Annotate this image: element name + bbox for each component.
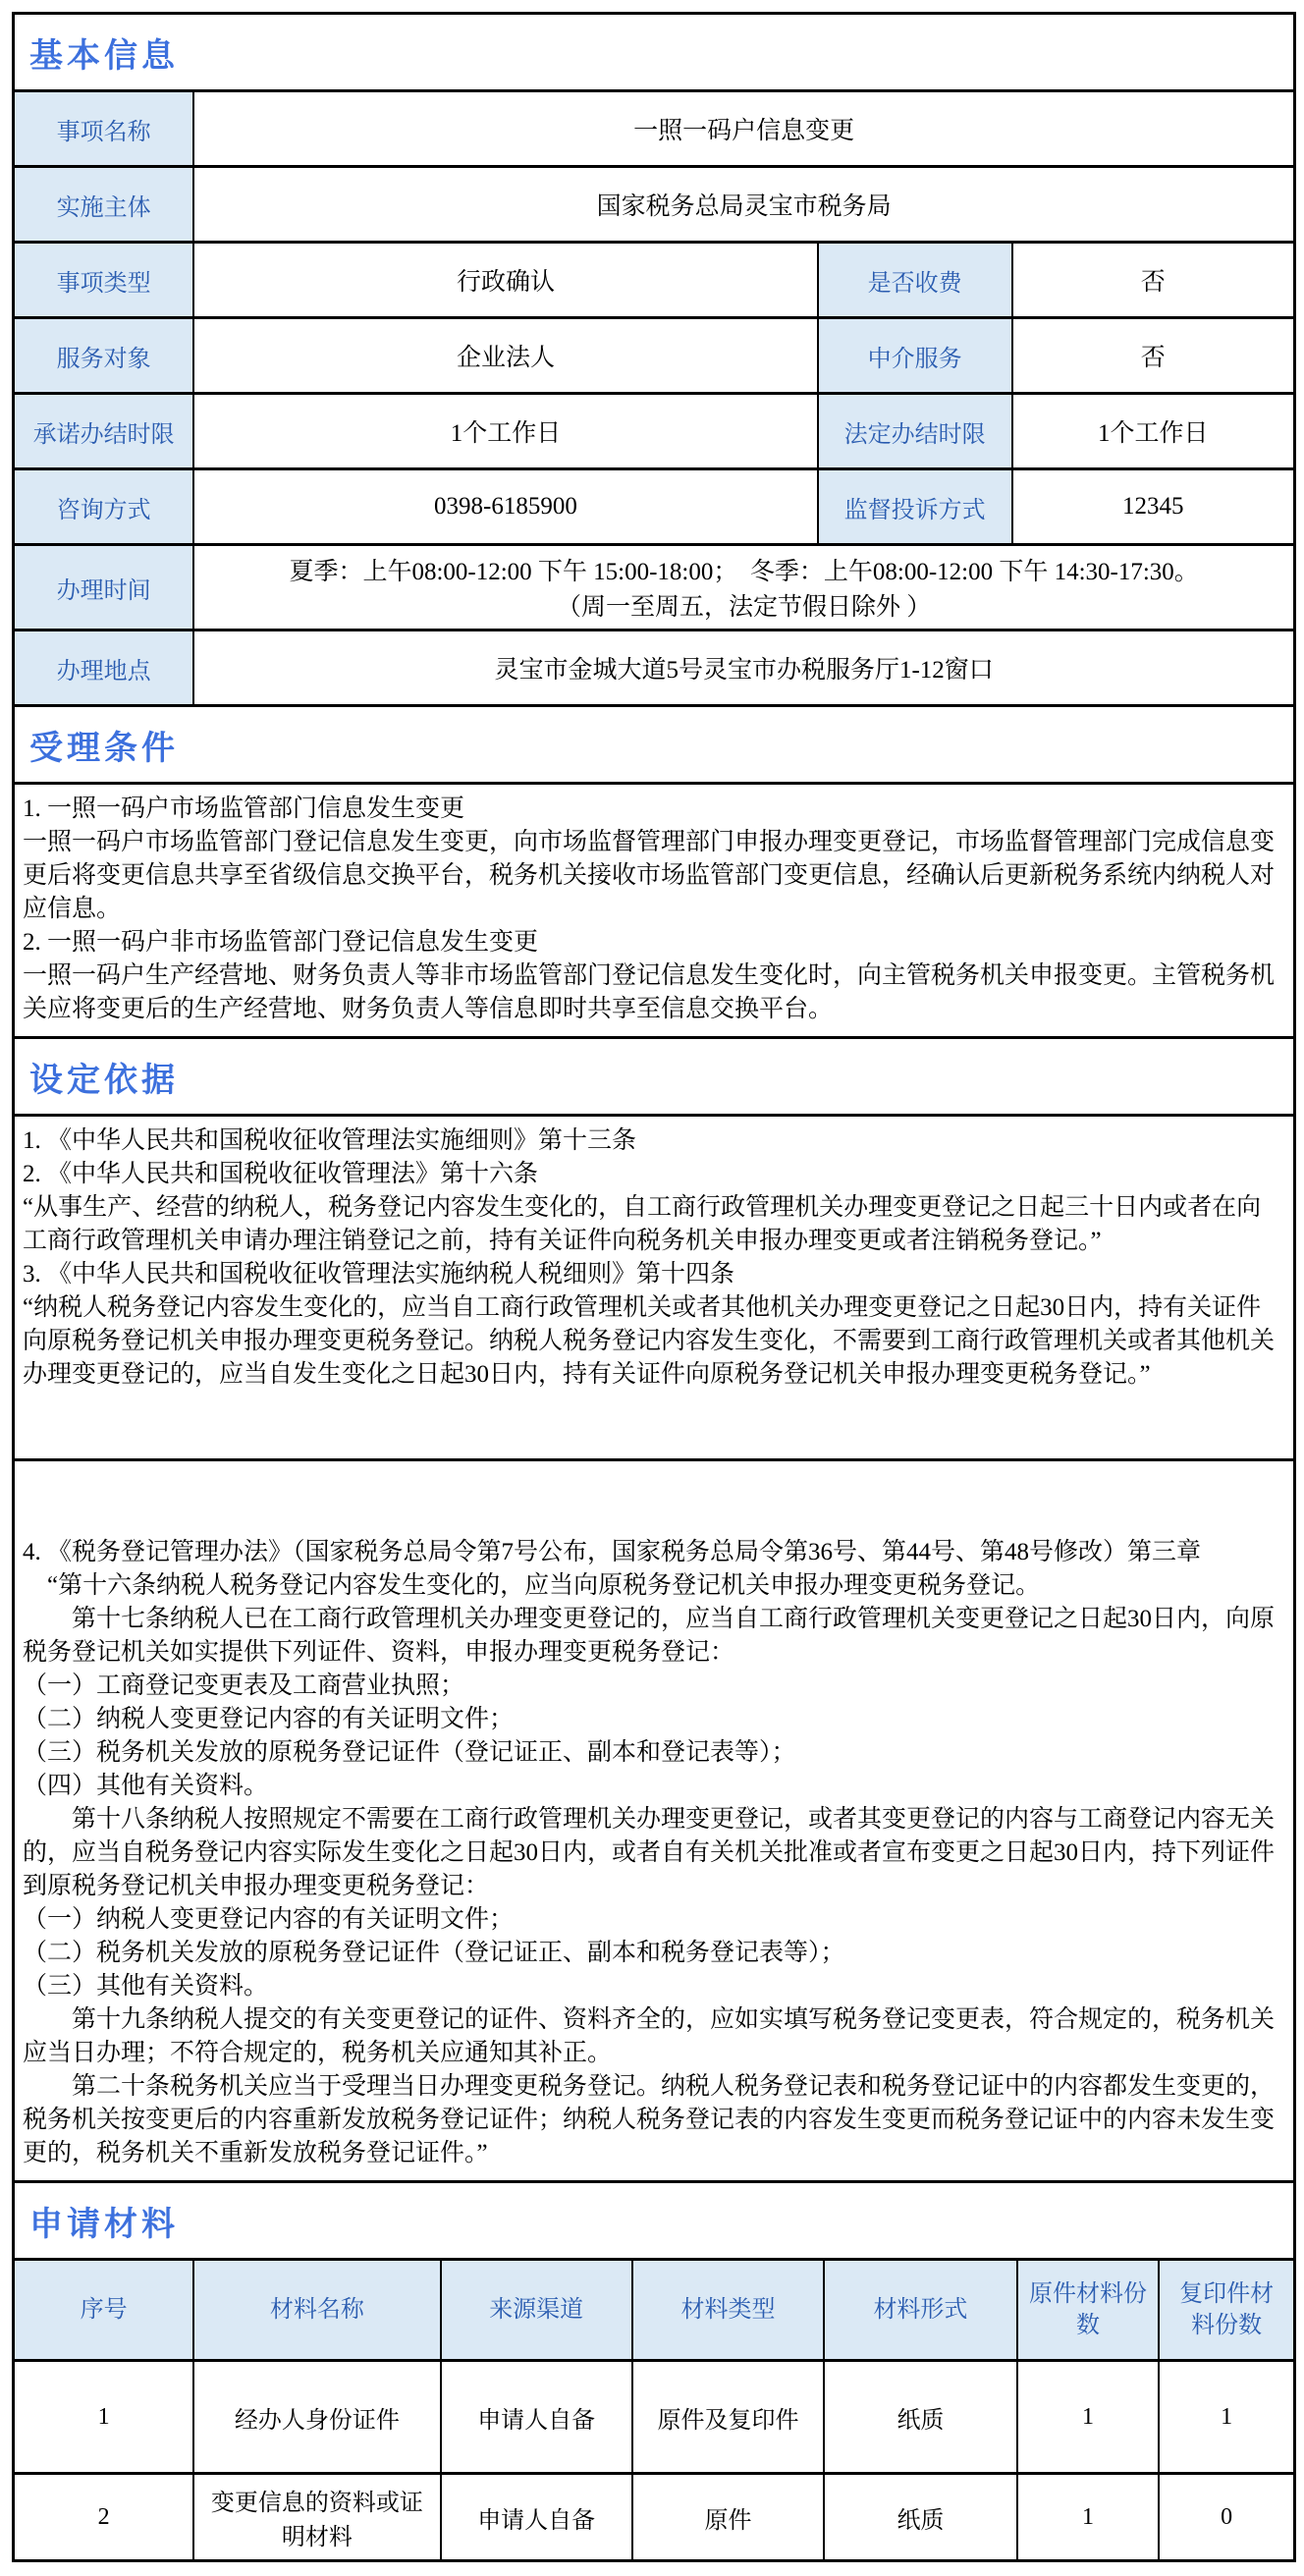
- material-type: 原件: [632, 2474, 824, 2560]
- materials-header-row: 序号 材料名称 来源渠道 材料类型 材料形式 原件材料份数 复印件材料份数: [15, 2261, 1293, 2361]
- paragraph: （二）纳税人变更登记内容的有关证明文件；: [23, 1703, 1283, 1736]
- table-row: 实施主体 国家税务总局灵宝市税务局: [15, 167, 1293, 243]
- service-detail-document: 基本信息 事项名称 一照一码户信息变更 实施主体 国家税务总局灵宝市税务局 事项…: [12, 12, 1296, 2562]
- material-form: 纸质: [824, 2361, 1017, 2474]
- field-label: 事项类型: [15, 243, 193, 318]
- section-title-basic-info: 基本信息: [15, 15, 1293, 92]
- field-label: 承诺办结时限: [15, 394, 193, 469]
- field-value: 夏季：上午08:00-12:00 下午 15:00-18:00； 冬季：上午08…: [193, 545, 1293, 630]
- table-row: 承诺办结时限 1个工作日 法定办结时限 1个工作日: [15, 394, 1293, 469]
- paragraph: 3. 《中华人民共和国税收征收管理法实施纳税人税细则》第十四条: [23, 1258, 1283, 1291]
- paragraph: 一照一码户生产经营地、财务负责人等非市场监管部门登记信息发生变化时，向主管税务机…: [23, 959, 1283, 1026]
- paragraph: 第十八条纳税人按照规定不需要在工商行政管理机关办理变更登记，或者其变更登记的内容…: [23, 1803, 1283, 1903]
- column-header: 复印件材料份数: [1159, 2261, 1293, 2361]
- field-label: 服务对象: [15, 318, 193, 394]
- paragraph: 第十九条纳税人提交的有关变更登记的证件、资料齐全的，应如实填写税务登记变更表，符…: [23, 2003, 1283, 2070]
- section-title-legal-basis: 设定依据: [15, 1039, 1293, 1117]
- field-value: 国家税务总局灵宝市税务局: [193, 167, 1293, 243]
- table-row: 事项名称 一照一码户信息变更: [15, 92, 1293, 167]
- material-name: 变更信息的资料或证明材料: [193, 2474, 440, 2560]
- material-original-count: 1: [1017, 2474, 1160, 2560]
- material-copy-count: 0: [1159, 2474, 1293, 2560]
- table-row: 2 变更信息的资料或证明材料 申请人自备 原件 纸质 1 0: [15, 2474, 1293, 2560]
- paragraph: （一）工商登记变更表及工商营业执照；: [23, 1670, 1283, 1703]
- paragraph: 2. 《中华人民共和国税收征收管理法》第十六条: [23, 1158, 1283, 1191]
- material-seq: 1: [15, 2361, 193, 2474]
- material-source: 申请人自备: [441, 2361, 632, 2474]
- column-header: 材料类型: [632, 2261, 824, 2361]
- paragraph: （三）其他有关资料。: [23, 1970, 1283, 2003]
- paragraph: 4. 《税务登记管理办法》（国家税务总局令第7号公布，国家税务总局令第36号、第…: [23, 1536, 1283, 1569]
- field-value: 否: [1012, 243, 1293, 318]
- paragraph: 1. 《中华人民共和国税收征收管理法实施细则》第十三条: [23, 1124, 1283, 1158]
- table-row: 事项类型 行政确认 是否收费 否: [15, 243, 1293, 318]
- table-row: 办理地点 灵宝市金城大道5号灵宝市办税服务厅1-12窗口: [15, 630, 1293, 706]
- material-copy-count: 1: [1159, 2361, 1293, 2474]
- paragraph: （四）其他有关资料。: [23, 1770, 1283, 1803]
- paragraph: 一照一码户市场监管部门登记信息发生变更，向市场监督管理部门申报办理变更登记，市场…: [23, 826, 1283, 926]
- material-name: 经办人身份证件: [193, 2361, 440, 2474]
- acceptance-conditions-text: 1. 一照一码户市场监管部门信息发生变更 一照一码户市场监管部门登记信息发生变更…: [15, 785, 1293, 1039]
- section-title-application-materials: 申请材料: [15, 2183, 1293, 2261]
- legal-basis-text-block-1: 1. 《中华人民共和国税收征收管理法实施细则》第十三条 2. 《中华人民共和国税…: [15, 1117, 1293, 1461]
- table-row: 服务对象 企业法人 中介服务 否: [15, 318, 1293, 394]
- column-header: 来源渠道: [441, 2261, 632, 2361]
- field-label: 监督投诉方式: [818, 469, 1012, 545]
- field-label: 咨询方式: [15, 469, 193, 545]
- material-source: 申请人自备: [441, 2474, 632, 2560]
- field-label: 法定办结时限: [818, 394, 1012, 469]
- field-value: 1个工作日: [1012, 394, 1293, 469]
- paragraph: （二）税务机关发放的原税务登记证件（登记证正、副本和税务登记表等）；: [23, 1937, 1283, 1970]
- paragraph: 第十七条纳税人已在工商行政管理机关办理变更登记的，应当自工商行政管理机关变更登记…: [23, 1603, 1283, 1670]
- paragraph: 2. 一照一码户非市场监管部门登记信息发生变更: [23, 926, 1283, 959]
- column-header: 材料名称: [193, 2261, 440, 2361]
- table-row: 咨询方式 0398-6185900 监督投诉方式 12345: [15, 469, 1293, 545]
- material-type: 原件及复印件: [632, 2361, 824, 2474]
- field-label: 事项名称: [15, 92, 193, 167]
- paragraph: 第二十条税务机关应当于受理当日办理变更税务登记。纳税人税务登记表和税务登记证中的…: [23, 2070, 1283, 2170]
- basic-info-table: 事项名称 一照一码户信息变更 实施主体 国家税务总局灵宝市税务局 事项类型 行政…: [15, 92, 1293, 707]
- column-header: 材料形式: [824, 2261, 1017, 2361]
- field-label: 办理时间: [15, 545, 193, 630]
- field-value: 企业法人: [193, 318, 817, 394]
- column-header: 原件材料份数: [1017, 2261, 1160, 2361]
- field-value: 1个工作日: [193, 394, 817, 469]
- table-row: 办理时间 夏季：上午08:00-12:00 下午 15:00-18:00； 冬季…: [15, 545, 1293, 630]
- field-value: 一照一码户信息变更: [193, 92, 1293, 167]
- field-value: 0398-6185900: [193, 469, 817, 545]
- material-original-count: 1: [1017, 2361, 1160, 2474]
- field-value: 12345: [1012, 469, 1293, 545]
- paragraph: （一）纳税人变更登记内容的有关证明文件；: [23, 1903, 1283, 1937]
- field-value: 行政确认: [193, 243, 817, 318]
- paragraph: “从事生产、经营的纳税人，税务登记内容发生变化的，自工商行政管理机关办理变更登记…: [23, 1191, 1283, 1258]
- paragraph: “第十六条纳税人税务登记内容发生变化的，应当向原税务登记机关申报办理变更税务登记…: [23, 1569, 1283, 1603]
- application-materials-table: 序号 材料名称 来源渠道 材料类型 材料形式 原件材料份数 复印件材料份数 1 …: [15, 2261, 1293, 2559]
- section-title-acceptance-conditions: 受理条件: [15, 707, 1293, 785]
- field-value: 灵宝市金城大道5号灵宝市办税服务厅1-12窗口: [193, 630, 1293, 706]
- legal-basis-text-block-2: 4. 《税务登记管理办法》（国家税务总局令第7号公布，国家税务总局令第36号、第…: [15, 1461, 1293, 2183]
- material-seq: 2: [15, 2474, 193, 2560]
- table-row: 1 经办人身份证件 申请人自备 原件及复印件 纸质 1 1: [15, 2361, 1293, 2474]
- office-hours-line-2: （周一至周五，法定节假日除外 ）: [202, 587, 1285, 623]
- paragraph: “纳税人税务登记内容发生变化的，应当自工商行政管理机关或者其他机关办理变更登记之…: [23, 1291, 1283, 1392]
- field-label: 办理地点: [15, 630, 193, 706]
- material-form: 纸质: [824, 2474, 1017, 2560]
- field-label: 中介服务: [818, 318, 1012, 394]
- field-value: 否: [1012, 318, 1293, 394]
- field-label: 是否收费: [818, 243, 1012, 318]
- column-header: 序号: [15, 2261, 193, 2361]
- paragraph: （三）税务机关发放的原税务登记证件（登记证正、副本和登记表等）；: [23, 1736, 1283, 1770]
- office-hours-line-1: 夏季：上午08:00-12:00 下午 15:00-18:00； 冬季：上午08…: [202, 552, 1285, 587]
- paragraph: 1. 一照一码户市场监管部门信息发生变更: [23, 793, 1283, 826]
- field-label: 实施主体: [15, 167, 193, 243]
